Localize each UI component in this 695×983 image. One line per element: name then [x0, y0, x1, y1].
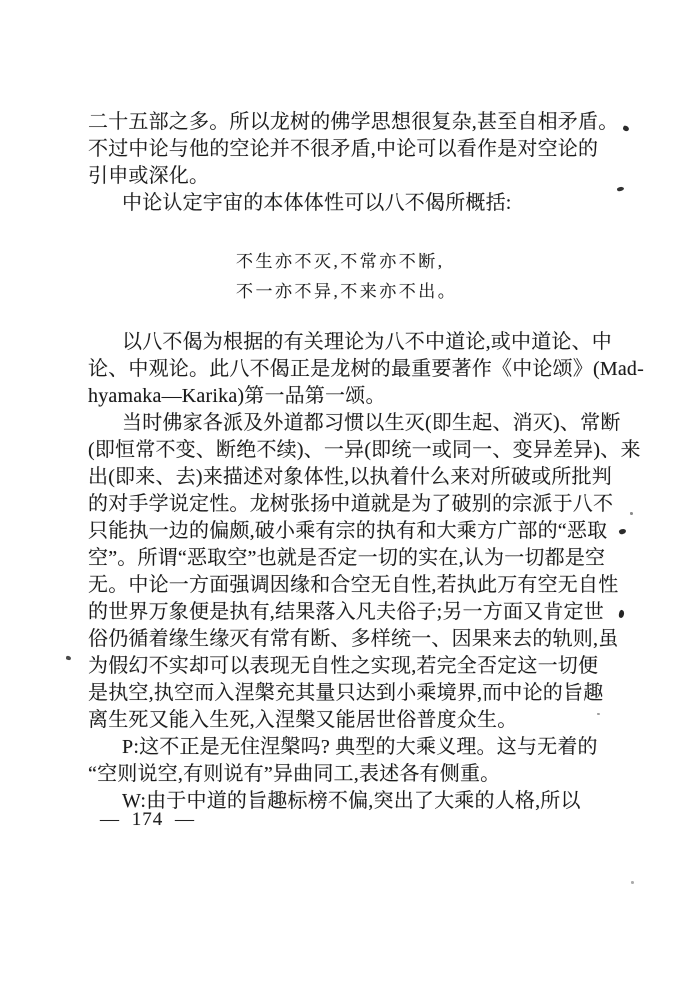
text-line: 不生亦不灭,不常亦不断,: [236, 247, 620, 277]
text-line: 的世界万象便是执有,结果落入凡夫俗子;另一方面又肯定世: [88, 599, 620, 626]
text-line: 不过中论与他的空论并不很矛盾,中论可以看作是对空论的: [88, 136, 620, 163]
page-number: — 174 —: [100, 809, 195, 831]
paragraph: P:这不正是无住涅槃吗? 典型的大乘义理。这与无着的“空则说空,有则说有”异曲同…: [88, 734, 620, 788]
scan-speck: [618, 609, 625, 618]
text-line: 论、中观论。此八不偈正是龙树的最重要著作《中论颂》(Mad-: [88, 356, 620, 383]
scan-speck: [618, 528, 626, 535]
text-line: 二十五部之多。所以龙树的佛学思想很复杂,甚至自相矛盾。: [88, 109, 620, 136]
scan-speck: [631, 881, 634, 884]
scan-speck: [597, 713, 600, 715]
text-line: 引申或深化。: [88, 163, 620, 190]
text-line: P:这不正是无住涅槃吗? 典型的大乘义理。这与无着的: [88, 734, 620, 761]
paragraph: 以八不偈为根据的有关理论为八不中道论,或中道论、中论、中观论。此八不偈正是龙树的…: [88, 329, 620, 410]
paragraph: 当时佛家各派及外道都习惯以生灭(即生起、消灭)、常断(即恒常不变、断绝不续)、一…: [88, 410, 620, 734]
paragraph: 二十五部之多。所以龙树的佛学思想很复杂,甚至自相矛盾。不过中论与他的空论并不很矛…: [88, 109, 620, 190]
scan-speck: [622, 125, 629, 132]
verse-paragraph: 不生亦不灭,不常亦不断,不一亦不异,不来亦不出。: [88, 247, 620, 307]
book-page: 二十五部之多。所以龙树的佛学思想很复杂,甚至自相矛盾。不过中论与他的空论并不很矛…: [0, 0, 695, 983]
text-line: “空则说空,有则说有”异曲同工,表述各有侧重。: [88, 761, 620, 788]
scan-speck: [617, 186, 625, 192]
text-line: 只能执一边的偏颇,破小乘有宗的执有和大乘方广部的“恶取: [88, 518, 620, 545]
paragraph: 中论认定宇宙的本体体性可以八不偈所概括:: [88, 190, 620, 217]
text-line: 是执空,执空而入涅槃充其量只达到小乘境界,而中论的旨趣: [88, 680, 620, 707]
text-line: 出(即来、去)来描述对象体性,以执着什么来对所破或所批判: [88, 464, 620, 491]
scan-speck: [630, 512, 633, 515]
text-line: 当时佛家各派及外道都习惯以生灭(即生起、消灭)、常断: [88, 410, 620, 437]
text-line: 中论认定宇宙的本体体性可以八不偈所概括:: [88, 190, 620, 217]
text-line: 的对手学说定性。龙树张扬中道就是为了破别的宗派于八不: [88, 491, 620, 518]
text-line: 不一亦不异,不来亦不出。: [236, 277, 620, 307]
text-line: 离生死又能入生死,入涅槃又能居世俗普度众生。: [88, 707, 620, 734]
text-block: 二十五部之多。所以龙树的佛学思想很复杂,甚至自相矛盾。不过中论与他的空论并不很矛…: [88, 109, 620, 815]
scan-speck: [66, 656, 72, 661]
text-line: 为假幻不实却可以表现无自性之实现,若完全否定这一切便: [88, 653, 620, 680]
text-line: hyamaka—Karika)第一品第一颂。: [88, 383, 620, 410]
text-line: (即恒常不变、断绝不续)、一异(即统一或同一、变异差异)、来: [88, 437, 620, 464]
text-line: 空”。所谓“恶取空”也就是否定一切的实在,认为一切都是空: [88, 545, 620, 572]
text-line: 无。中论一方面强调因缘和合空无自性,若执此万有空无自性: [88, 572, 620, 599]
text-line: 以八不偈为根据的有关理论为八不中道论,或中道论、中: [88, 329, 620, 356]
text-line: 俗仍循着缘生缘灭有常有断、多样统一、因果来去的轨则,虽: [88, 626, 620, 653]
